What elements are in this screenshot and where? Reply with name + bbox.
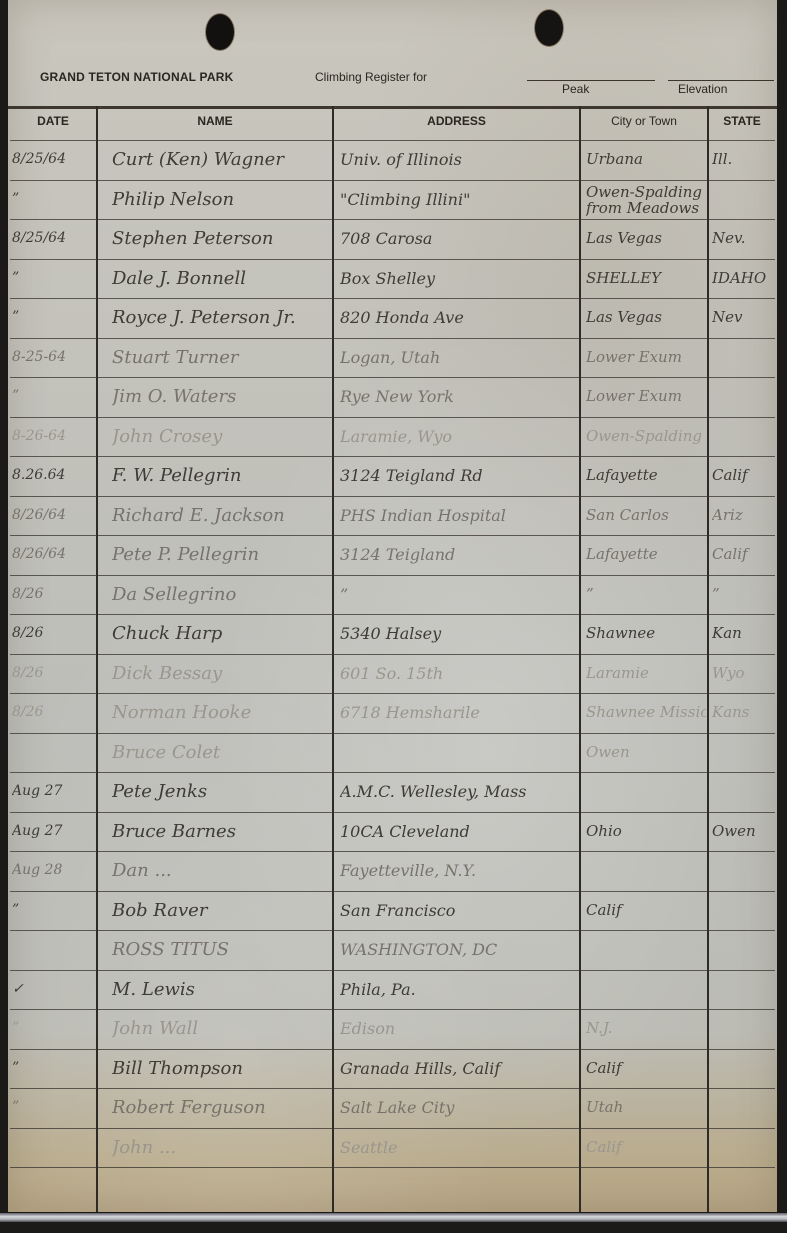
entry-state: Ill. [712, 140, 774, 179]
entry-name: Robert Ferguson [112, 1088, 330, 1127]
entry-city: Shawnee Mission [586, 693, 706, 732]
entry-city: Ohio [586, 812, 706, 851]
entry-date: 8/25/64 [12, 219, 94, 258]
entry-address: Salt Lake City [340, 1088, 576, 1127]
entry-date: Aug 27 [12, 772, 94, 811]
entry-name: Dick Bessay [112, 654, 330, 693]
binding-strip [0, 1213, 787, 1222]
park-title: GRAND TETON NATIONAL PARK [40, 70, 233, 84]
entry-state [712, 891, 774, 930]
entry-address: 10CA Cleveland [340, 812, 576, 851]
entry-state [712, 772, 774, 811]
entry-city: Calif [586, 1128, 706, 1167]
entry-name: Bill Thompson [112, 1049, 330, 1088]
entry-state [712, 733, 774, 772]
entry-state [712, 1009, 774, 1048]
entry-date: ” [12, 377, 94, 416]
entry-state: ” [712, 575, 774, 614]
entry-address: San Francisco [340, 891, 576, 930]
entry-state: Calif [712, 456, 774, 495]
entry-city [586, 970, 706, 1009]
entry-name: F. W. Pellegrin [112, 456, 330, 495]
peak-blank [527, 80, 655, 81]
entry-city: Owen-Spalding [586, 417, 706, 456]
entry-address: A.M.C. Wellesley, Mass [340, 772, 576, 811]
entry-address: Logan, Utah [340, 338, 576, 377]
entry-name: Royce J. Peterson Jr. [112, 298, 330, 337]
entry-state: Kans [712, 693, 774, 732]
entry-state: Nev [712, 298, 774, 337]
entry-name: Bruce Barnes [112, 812, 330, 851]
entry-city: Las Vegas [586, 298, 706, 337]
entry-state [712, 377, 774, 416]
entry-date: 8/25/64 [12, 140, 94, 179]
col-header-city: City or Town [580, 114, 708, 128]
entry-state [712, 970, 774, 1009]
entry-date: Aug 27 [12, 812, 94, 851]
entry-city [586, 772, 706, 811]
entry-name: Da Sellegrino [112, 575, 330, 614]
entry-city: Las Vegas [586, 219, 706, 258]
entry-address: 708 Carosa [340, 219, 576, 258]
entry-name: John ... [112, 1128, 330, 1167]
entry-address: Edison [340, 1009, 576, 1048]
entry-address [340, 733, 576, 772]
entry-name: M. Lewis [112, 970, 330, 1009]
entry-date: ” [12, 1088, 94, 1127]
entry-date: 8-26-64 [12, 417, 94, 456]
col-divider [579, 106, 581, 1212]
entry-date: ” [12, 180, 94, 219]
entry-name: John Wall [112, 1009, 330, 1048]
entry-state [712, 930, 774, 969]
col-divider [332, 106, 334, 1212]
entry-name: Pete P. Pellegrin [112, 535, 330, 574]
entry-name: Philip Nelson [112, 180, 330, 219]
entry-city: Shawnee [586, 614, 706, 653]
entry-address: PHS Indian Hospital [340, 496, 576, 535]
entry-date: ” [12, 891, 94, 930]
entry-name: Jim O. Waters [112, 377, 330, 416]
entry-name: Stephen Peterson [112, 219, 330, 258]
entry-city: Calif [586, 1049, 706, 1088]
entry-city: SHELLEY [586, 259, 706, 298]
entry-city: ” [586, 575, 706, 614]
entry-date: 8/26/64 [12, 535, 94, 574]
entry-name: ROSS TITUS [112, 930, 330, 969]
binder-hole-left [206, 14, 234, 50]
col-header-date: DATE [12, 114, 94, 128]
entry-state: Owen [712, 812, 774, 851]
entry-state: Ariz [712, 496, 774, 535]
col-header-state: STATE [708, 114, 776, 128]
entry-address: Phila, Pa. [340, 970, 576, 1009]
entry-date: 8.26.64 [12, 456, 94, 495]
peak-label: Peak [562, 82, 589, 96]
col-header-address: ADDRESS [333, 114, 580, 128]
entry-address: 3124 Teigland [340, 535, 576, 574]
entry-state [712, 1049, 774, 1088]
entry-name: Bruce Colet [112, 733, 330, 772]
binder-hole-right [535, 10, 563, 46]
entry-name: John Crosey [112, 417, 330, 456]
entry-city [586, 930, 706, 969]
entry-address: Rye New York [340, 377, 576, 416]
entry-address: Box Shelley [340, 259, 576, 298]
entry-date: 8/26 [12, 575, 94, 614]
entry-address: Fayetteville, N.Y. [340, 851, 576, 890]
entry-date: 8/26/64 [12, 496, 94, 535]
entry-address: "Climbing Illini" [340, 180, 576, 219]
entry-name: Bob Raver [112, 891, 330, 930]
entry-name: Dan ... [112, 851, 330, 890]
entry-address: Seattle [340, 1128, 576, 1167]
entry-date: 8/26 [12, 654, 94, 693]
entry-address: 3124 Teigland Rd [340, 456, 576, 495]
elevation-blank [668, 80, 774, 81]
entry-address: Laramie, Wyo [340, 417, 576, 456]
entry-date: ” [12, 1009, 94, 1048]
entry-date: ” [12, 1049, 94, 1088]
entry-date: 8-25-64 [12, 338, 94, 377]
entry-name: Curt (Ken) Wagner [112, 140, 330, 179]
entry-city: Owen [586, 733, 706, 772]
entry-state [712, 338, 774, 377]
entry-date: 8/26 [12, 614, 94, 653]
entry-city: Lafayette [586, 535, 706, 574]
entry-state [712, 851, 774, 890]
entry-address: Granada Hills, Calif [340, 1049, 576, 1088]
row-rule [10, 1167, 775, 1168]
entry-state: Nev. [712, 219, 774, 258]
entry-state [712, 417, 774, 456]
entry-name: Stuart Turner [112, 338, 330, 377]
entry-name: Richard E. Jackson [112, 496, 330, 535]
entry-address: 5340 Halsey [340, 614, 576, 653]
entry-state: IDAHO [712, 259, 774, 298]
entry-address: 6718 Hemsharile [340, 693, 576, 732]
entry-state [712, 1128, 774, 1167]
entry-date [12, 1128, 94, 1167]
entry-city: Calif [586, 891, 706, 930]
entry-date: ✓ [12, 970, 94, 1009]
entry-name: Dale J. Bonnell [112, 259, 330, 298]
elevation-label: Elevation [678, 82, 727, 96]
entry-city: N.J. [586, 1009, 706, 1048]
entry-address: Univ. of Illinois [340, 140, 576, 179]
entry-name: Chuck Harp [112, 614, 330, 653]
entry-address: 820 Honda Ave [340, 298, 576, 337]
entry-state: Kan [712, 614, 774, 653]
entry-city [586, 851, 706, 890]
register-label: Climbing Register for [315, 70, 427, 84]
entry-date [12, 930, 94, 969]
entry-city: Lower Exum [586, 377, 706, 416]
entry-address: 601 So. 15th [340, 654, 576, 693]
entry-date: 8/26 [12, 693, 94, 732]
col-divider [96, 106, 98, 1212]
entry-address: ” [340, 575, 576, 614]
entry-address: WASHINGTON, DC [340, 930, 576, 969]
entry-city: Lower Exum [586, 338, 706, 377]
header-rule [8, 106, 777, 109]
entry-state [712, 180, 774, 219]
entry-state: Wyo [712, 654, 774, 693]
entry-city: San Carlos [586, 496, 706, 535]
entry-name: Norman Hooke [112, 693, 330, 732]
entry-city: Owen-Spalding from Meadows [586, 180, 706, 223]
entry-state: Calif [712, 535, 774, 574]
entry-city: Urbana [586, 140, 706, 179]
entry-state [712, 1088, 774, 1127]
entry-date [12, 733, 94, 772]
entry-city: Utah [586, 1088, 706, 1127]
entry-date: Aug 28 [12, 851, 94, 890]
entry-city: Laramie [586, 654, 706, 693]
entry-name: Pete Jenks [112, 772, 330, 811]
entry-date: ” [12, 298, 94, 337]
entry-date: ” [12, 259, 94, 298]
col-header-name: NAME [97, 114, 333, 128]
col-divider [707, 106, 709, 1212]
entry-city: Lafayette [586, 456, 706, 495]
